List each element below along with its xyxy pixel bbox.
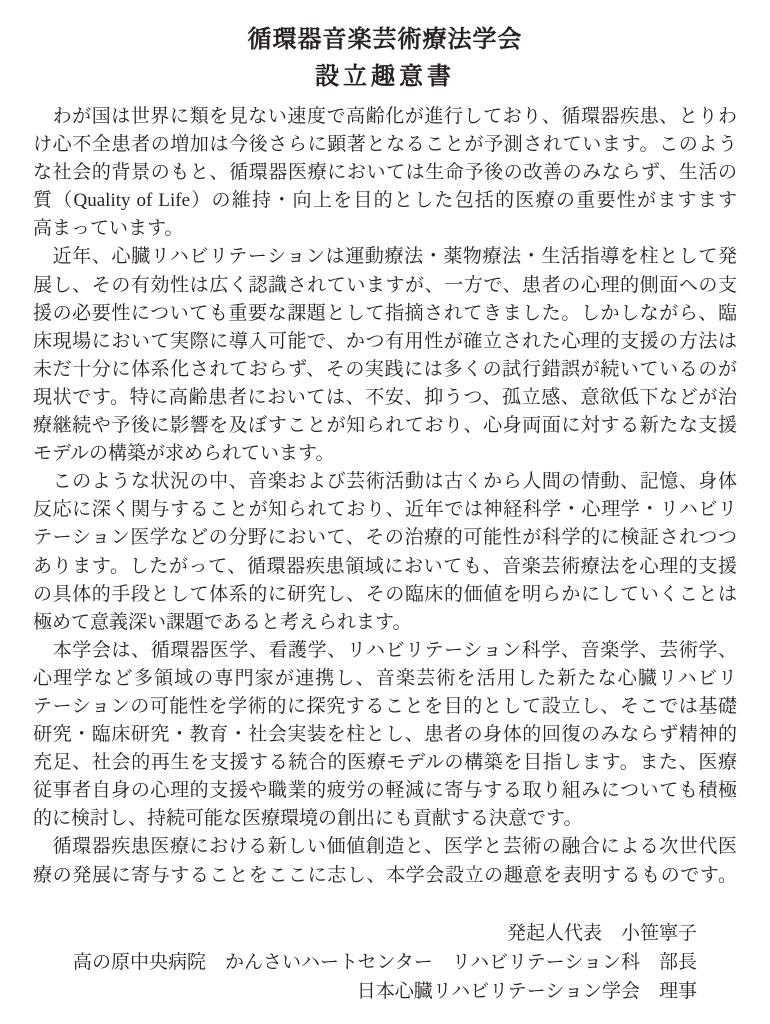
body-line: 研究・臨床研究・教育・社会実装を柱とし、患者の身体的回復のみならず精神的 xyxy=(33,721,737,749)
body-line: 的に検討し、持続可能な医療環境の創出にも貢献する決意です。 xyxy=(33,805,737,833)
signature-line: 発起人代表 小笹寧子 xyxy=(33,919,697,948)
body-line: 心理学など多領域の専門家が連携し、音楽芸術を活用した新たな心臓リハビリ xyxy=(33,665,737,693)
body-line: 援の必要性についても重要な課題として指摘されてきました。しかしながら、臨 xyxy=(33,300,737,328)
paragraph: 循環器疾患医療における新しい価値創造と、医学と芸術の融合による次世代医療の発展に… xyxy=(33,833,737,889)
body-line: わが国は世界に類を見ない速度で高齢化が進行しており、循環器疾患、とりわ xyxy=(33,103,737,131)
paragraph: 近年、心臓リハビリテーションは運動療法・薬物療法・生活指導を柱として発展し、その… xyxy=(33,243,737,468)
body-line: 展し、その有効性は広く認識されていますが、一方で、患者の心理的側面への支 xyxy=(33,272,737,300)
body-line: 質（Quality of Life）の維持・向上を目的とした包括的医療の重要性が… xyxy=(33,187,737,215)
body-line: 高まっています。 xyxy=(33,215,737,243)
body-line: 未だ十分に体系化されておらず、その実践には多くの試行錯誤が続いているのが xyxy=(33,356,737,384)
body-line: 本学会は、循環器医学、看護学、リハビリテーション科学、音楽学、芸術学、 xyxy=(33,637,737,665)
document-subtitle: 設立趣意書 xyxy=(33,59,737,96)
body-line: テーション医学などの分野において、その治療的可能性が科学的に検証されつつ xyxy=(33,524,737,552)
paragraph: わが国は世界に類を見ない速度で高齢化が進行しており、循環器疾患、とりわけ心不全患… xyxy=(33,103,737,243)
document-title: 循環器音楽芸術療法学会 xyxy=(33,22,737,59)
body-line: 療の発展に寄与することをここに志し、本学会設立の趣意を表明するものです。 xyxy=(33,862,737,890)
paragraph: 本学会は、循環器医学、看護学、リハビリテーション科学、音楽学、芸術学、心理学など… xyxy=(33,637,737,834)
paragraph: このような状況の中、音楽および芸術活動は古くから人間の情動、記憶、身体反応に深く… xyxy=(33,468,737,637)
body-line: の具体的手段として体系的に研究し、その臨床的価値を明らかにしていくことは xyxy=(33,581,737,609)
body-line: あります。したがって、循環器疾患領域においても、音楽芸術療法を心理的支援 xyxy=(33,553,737,581)
body-line: 床現場において実際に導入可能で、かつ有用性が確立された心理的支援の方法は xyxy=(33,328,737,356)
signature-line: 日本心臓リハビリテーション学会 理事 xyxy=(33,977,697,1006)
body-line: 充足、社会的再生を支援する統合的医療モデルの構築を目指します。また、医療 xyxy=(33,749,737,777)
body-line: 反応に深く関与することが知られており、近年では神経科学・心理学・リハビリ xyxy=(33,496,737,524)
body-line: このような状況の中、音楽および芸術活動は古くから人間の情動、記憶、身体 xyxy=(33,468,737,496)
body-line: 従事者自身の心理的支援や職業的疲労の軽減に寄与する取り組みについても積極 xyxy=(33,777,737,805)
body-line: 近年、心臓リハビリテーションは運動療法・薬物療法・生活指導を柱として発 xyxy=(33,243,737,271)
document-page: 循環器音楽芸術療法学会 設立趣意書 わが国は世界に類を見ない速度で高齢化が進行し… xyxy=(0,0,770,1024)
body-line: 現状です。特に高齢患者においては、不安、抑うつ、孤立感、意欲低下などが治 xyxy=(33,384,737,412)
document-body: わが国は世界に類を見ない速度で高齢化が進行しており、循環器疾患、とりわけ心不全患… xyxy=(33,103,737,890)
body-line: け心不全患者の増加は今後さらに顕著となることが予測されています。このよう xyxy=(33,131,737,159)
title-block: 循環器音楽芸術療法学会 設立趣意書 xyxy=(33,22,737,96)
body-line: 循環器疾患医療における新しい価値創造と、医学と芸術の融合による次世代医 xyxy=(33,833,737,861)
body-line: 療継続や予後に影響を及ぼすことが知られており、心身両面に対する新たな支援 xyxy=(33,412,737,440)
body-line: テーションの可能性を学術的に探究することを目的として設立し、そこでは基礎 xyxy=(33,693,737,721)
body-line: 極めて意義深い課題であると考えられます。 xyxy=(33,609,737,637)
signature-line: 高の原中央病院 かんさいハートセンター リハビリテーション科 部長 xyxy=(33,948,697,977)
signature-block: 発起人代表 小笹寧子高の原中央病院 かんさいハートセンター リハビリテーション科… xyxy=(33,919,737,1006)
body-line: モデルの構築が求められています。 xyxy=(33,440,737,468)
body-line: な社会的背景のもと、循環器医療においては生命予後の改善のみならず、生活の xyxy=(33,159,737,187)
